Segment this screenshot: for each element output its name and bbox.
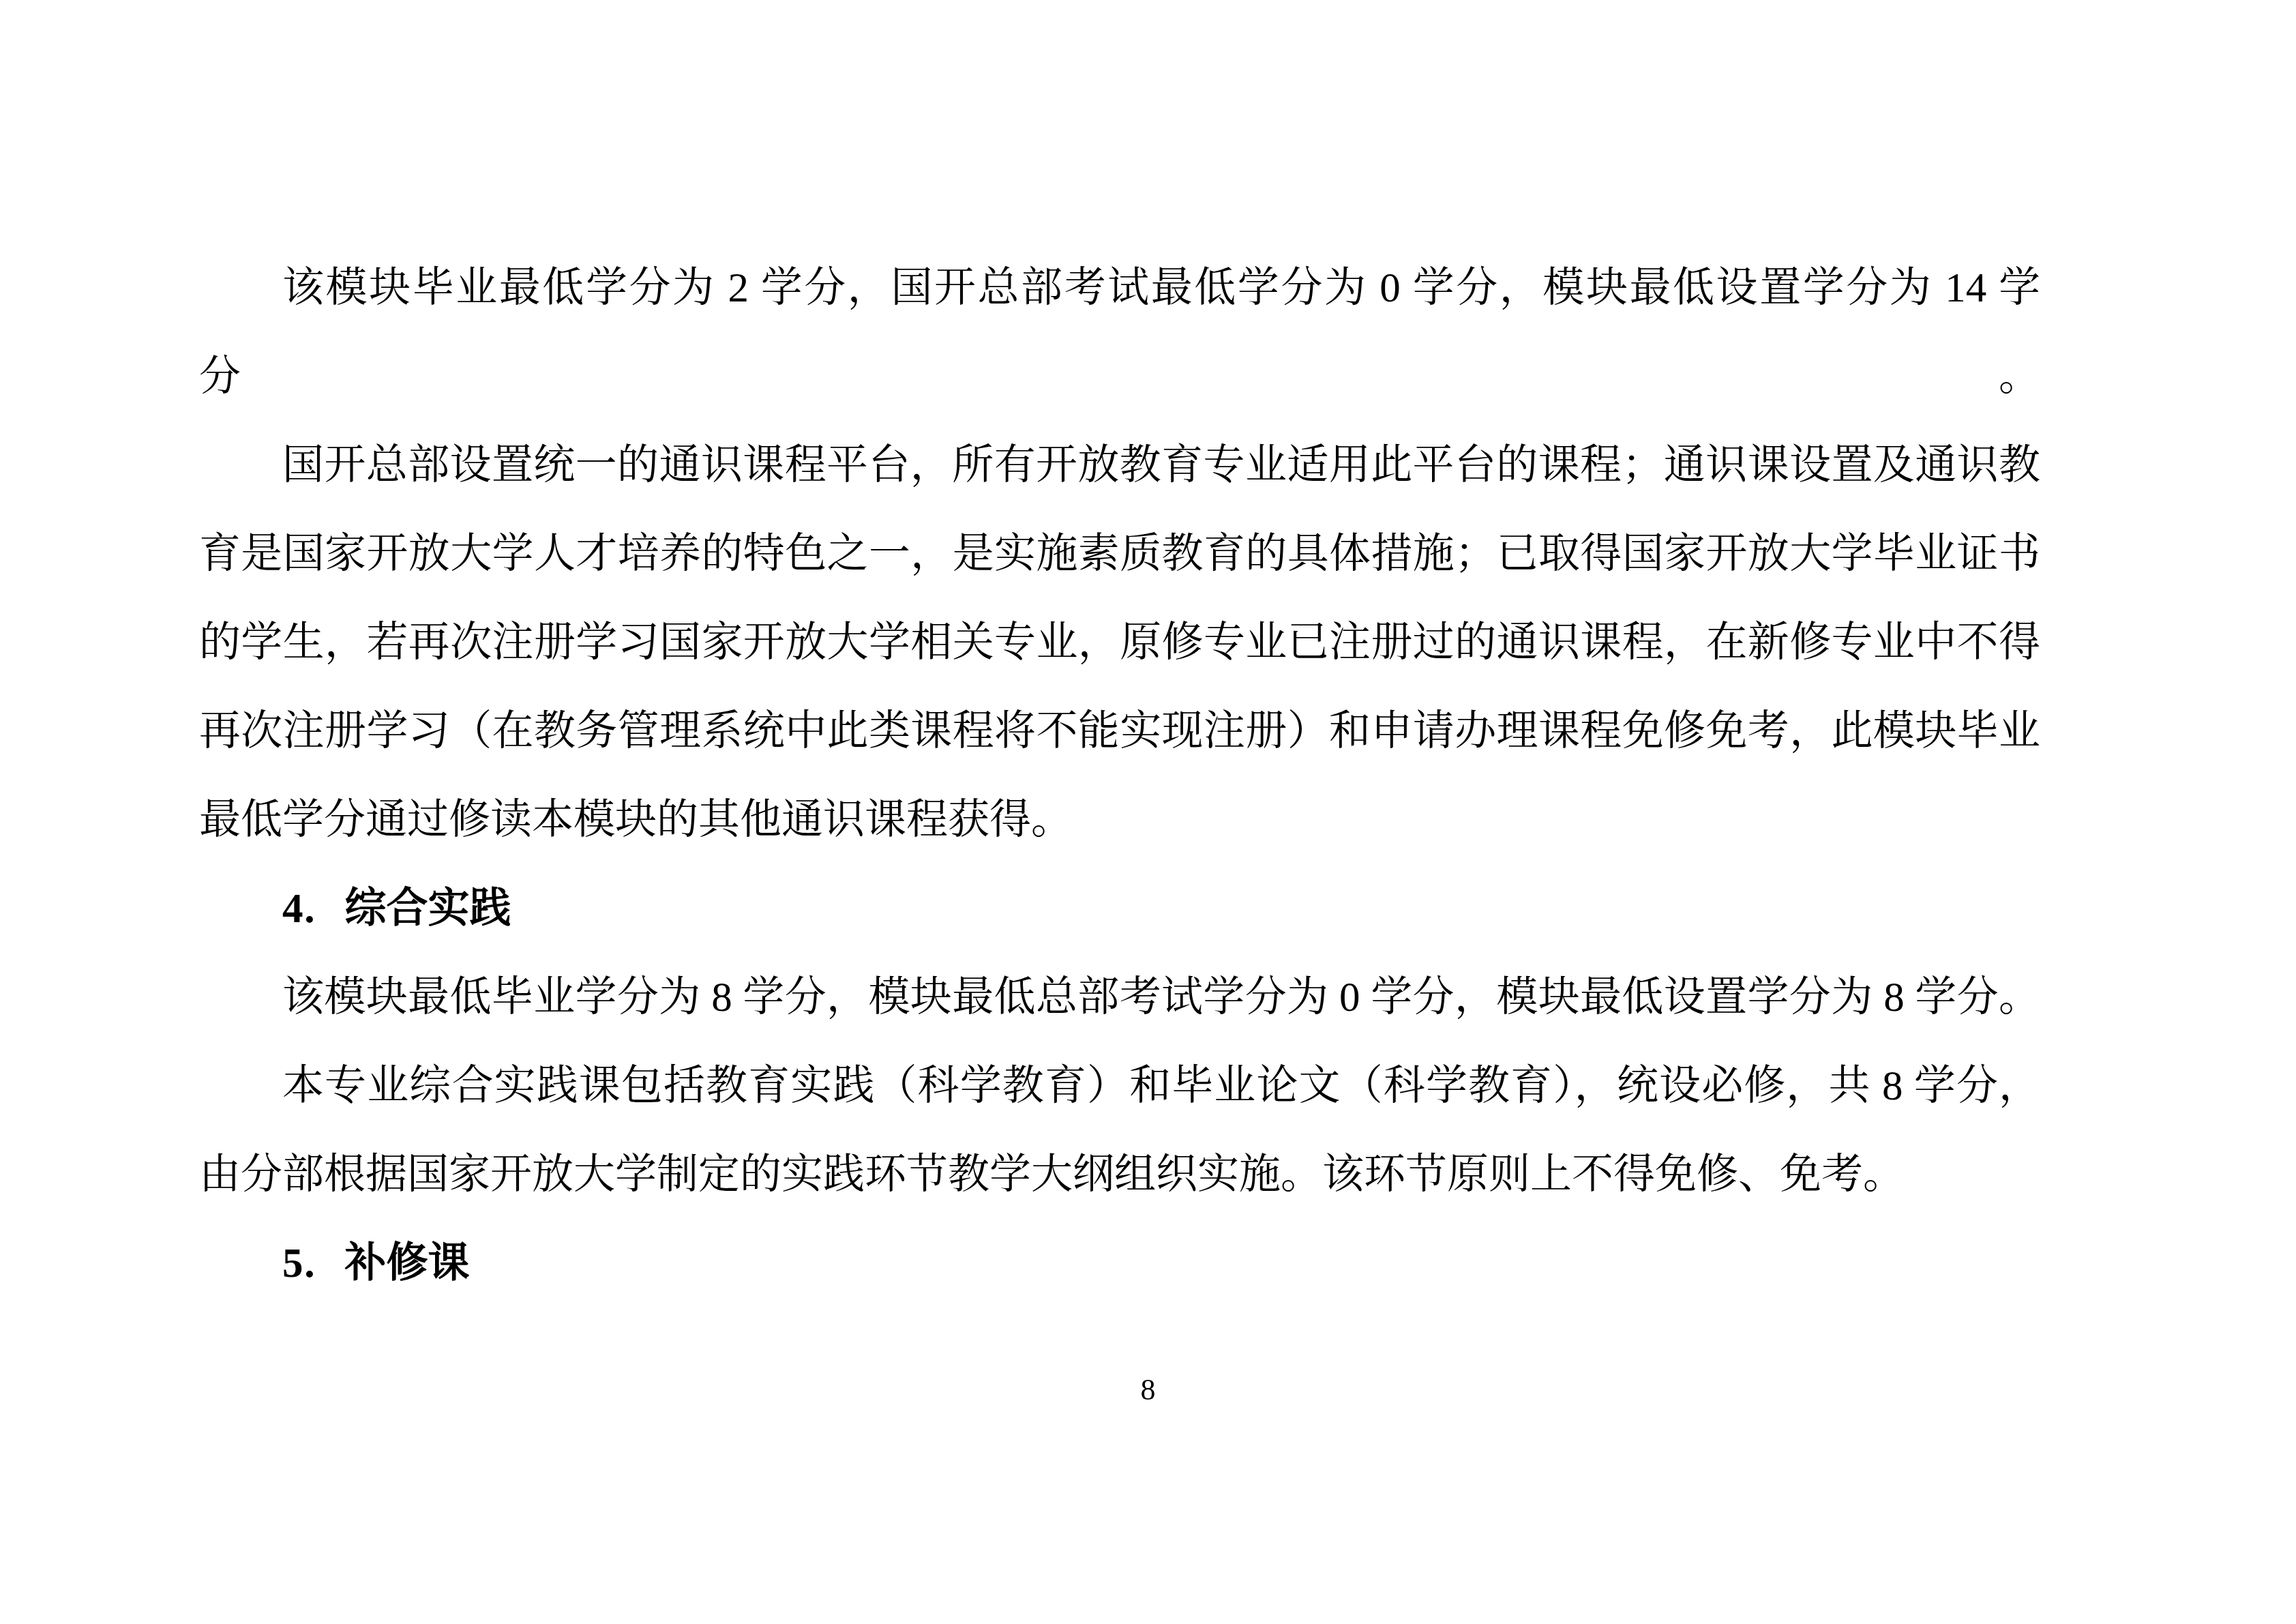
paragraph-module-credits-general: 该模块毕业最低学分为 2 学分，国开总部考试最低学分为 0 学分，模块最低设置学…	[199, 244, 2040, 422]
section-heading-4-comprehensive-practice: 4．综合实践	[199, 865, 2040, 954]
section-heading-5-supplementary-courses: 5．补修课	[199, 1220, 2040, 1308]
paragraph-practice-module-credits: 该模块最低毕业学分为 8 学分，模块最低总部考试学分为 0 学分，模块最低设置学…	[199, 954, 2040, 1042]
document-page: 该模块毕业最低学分为 2 学分，国开总部考试最低学分为 0 学分，模块最低设置学…	[0, 0, 2296, 1624]
document-body: 该模块毕业最低学分为 2 学分，国开总部考试最低学分为 0 学分，模块最低设置学…	[199, 244, 2040, 1308]
page-number: 8	[0, 1372, 2296, 1408]
paragraph-practice-course-details: 本专业综合实践课包括教育实践（科学教育）和毕业论文（科学教育），统设必修，共 8…	[199, 1042, 2040, 1220]
paragraph-general-education-platform: 国开总部设置统一的通识课程平台，所有开放教育专业适用此平台的课程；通识课设置及通…	[199, 422, 2040, 865]
